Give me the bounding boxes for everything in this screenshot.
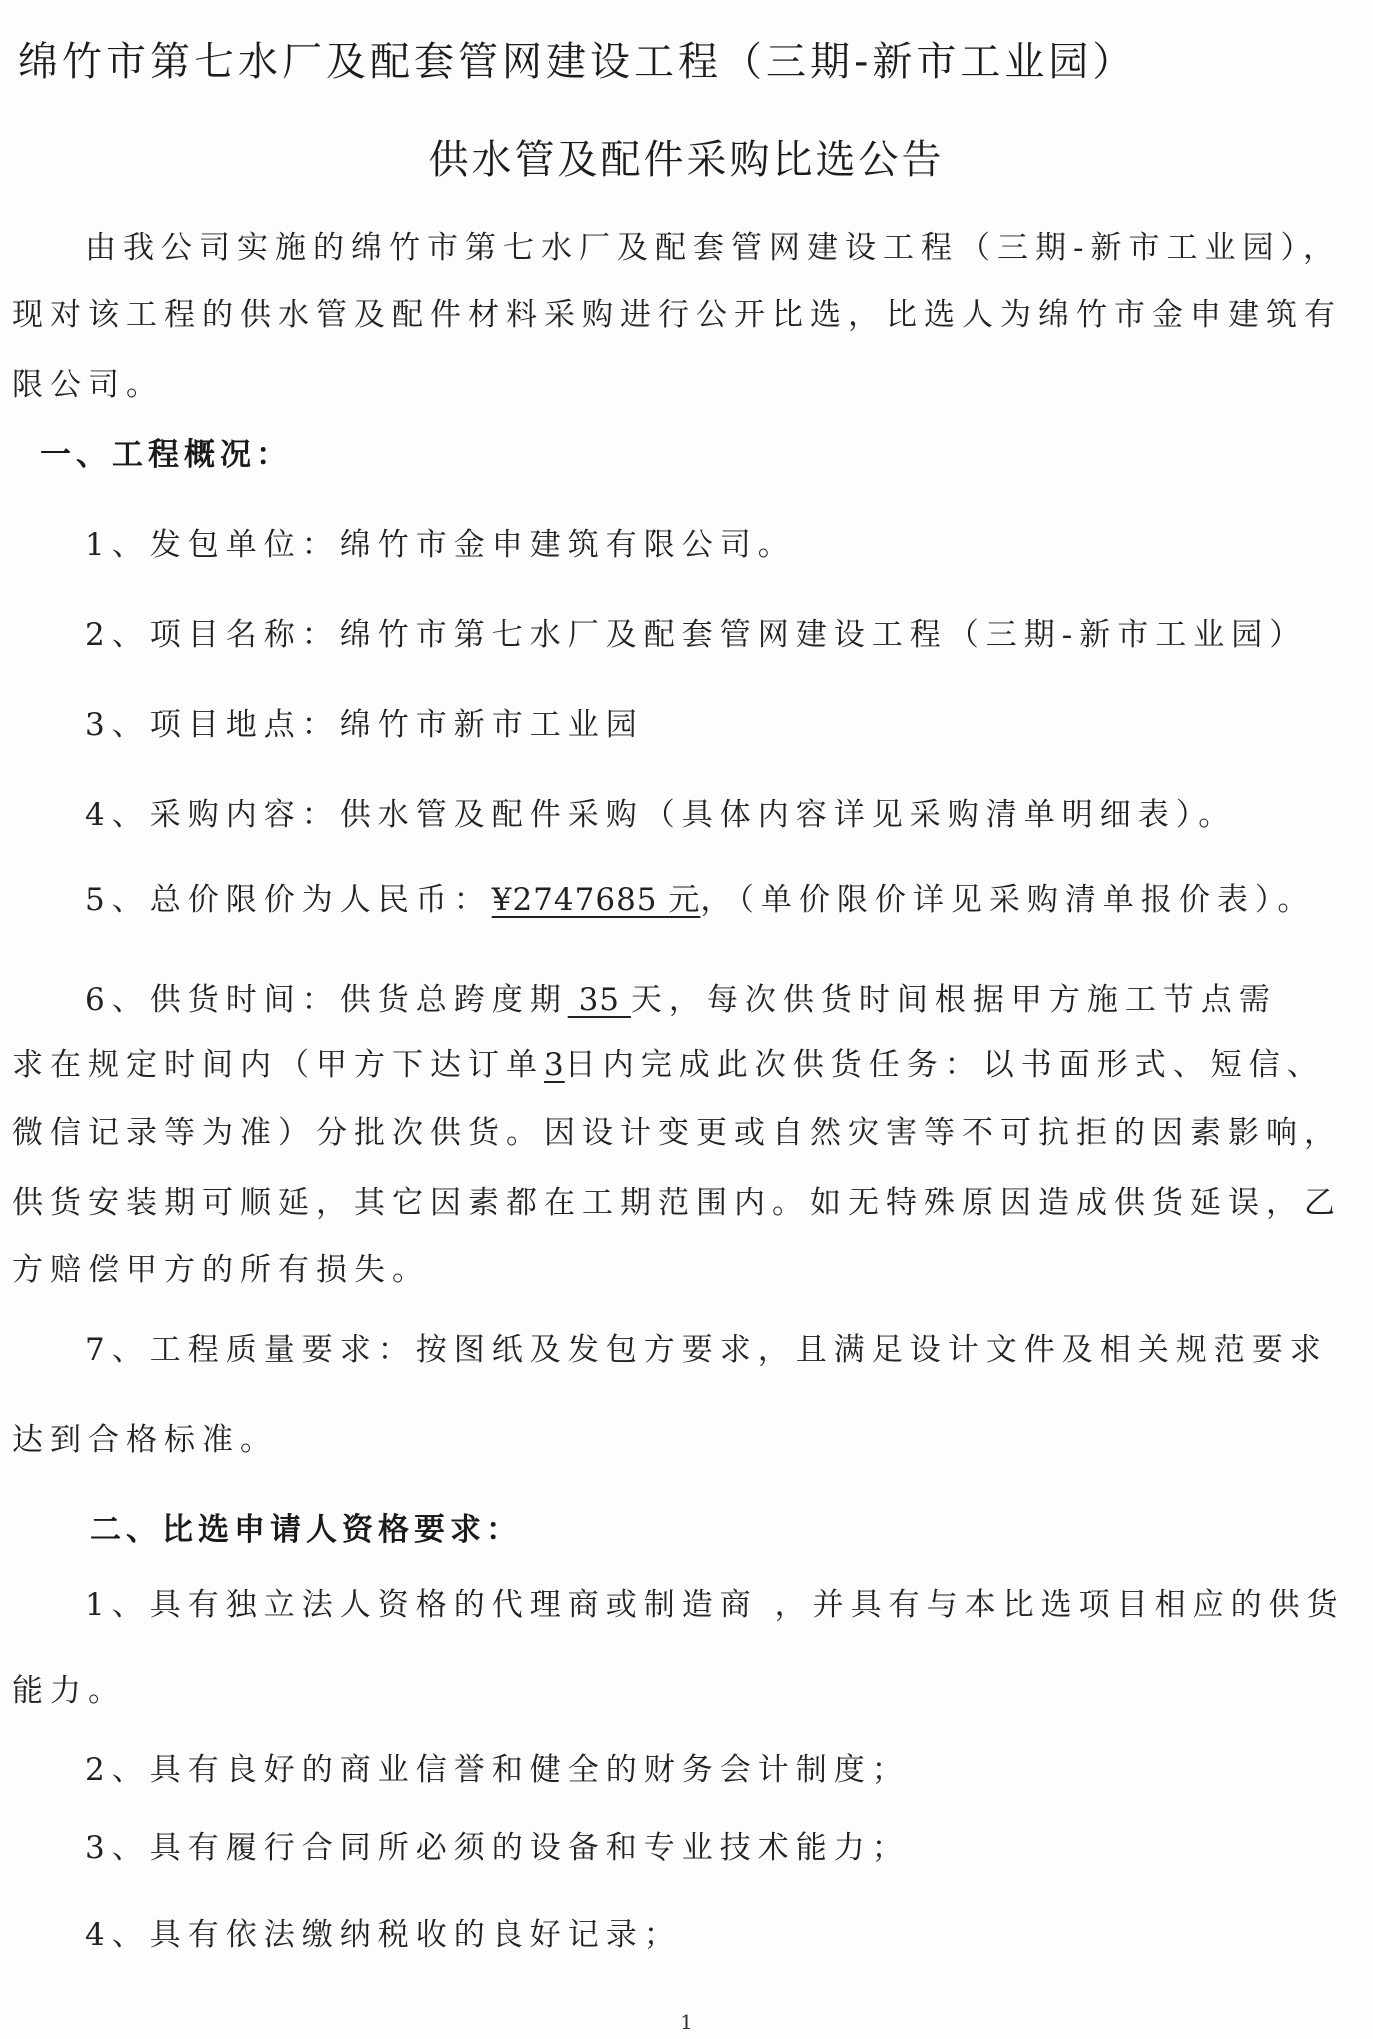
section-1-item-4: 4、采购内容：供水管及配件采购（具体内容详见采购清单明细表）。 (85, 800, 1236, 831)
item-6-mid: 天，每次供货时间根据甲方施工节点需 (631, 982, 1277, 1018)
document-title-line-2: 供水管及配件采购比选公告 (0, 128, 1373, 185)
section-2-item-3: 3、具有履行合同所必须的设备和专业技术能力； (85, 1833, 910, 1864)
document-title-line-1: 绵竹市第七水厂及配套管网建设工程（三期-新市工业园） (18, 30, 1373, 87)
section-2-item-1-line-1: 1、具有独立法人资格的代理商或制造商 ，并具有与本比选项目相应的供货 (85, 1590, 1345, 1621)
section-2-item-2: 2、具有良好的商业信誉和健全的财务会计制度； (85, 1755, 910, 1786)
section-2-heading: 二、比选申请人资格要求： (90, 1515, 522, 1546)
section-1-item-6-line-4: 供货安装期可顺延，其它因素都在工期范围内。如无特殊原因造成供货延误，乙 (12, 1188, 1342, 1219)
section-1-item-2: 2、项目名称：绵竹市第七水厂及配套管网建设工程（三期-新市工业园） (85, 620, 1307, 651)
section-1-item-6-line-1: 6、供货时间：供货总跨度期 35 天，每次供货时间根据甲方施工节点需 (85, 985, 1277, 1016)
item-6-line-2-prefix: 求在规定时间内（甲方下达订单 (12, 1047, 544, 1083)
item-6-prefix: 6、供货时间：供货总跨度期 (85, 982, 568, 1018)
section-1-item-3: 3、项目地点：绵竹市新市工业园 (85, 710, 644, 741)
intro-line-2: 现对该工程的供水管及配件材料采购进行公开比选，比选人为绵竹市金申建筑有 (12, 300, 1342, 331)
section-1-heading: 一、工程概况： (40, 440, 292, 471)
supply-period-days: 35 (568, 982, 631, 1018)
section-1-item-6-line-5: 方赔偿甲方的所有损失。 (12, 1255, 430, 1286)
intro-line-3: 限公司。 (12, 370, 164, 401)
item-5-suffix: ，（单价限价详见采购清单报价表）。 (700, 882, 1315, 918)
price-limit-amount: ¥2747685 元 (492, 882, 701, 918)
section-1-item-6-line-2: 求在规定时间内（甲方下达订单3日内完成此次供货任务：以书面形式、短信、 (12, 1050, 1325, 1081)
section-2-item-1-line-2: 能力。 (12, 1676, 126, 1707)
section-1-item-7-line-1: 7、工程质量要求：按图纸及发包方要求，且满足设计文件及相关规范要求 (85, 1335, 1328, 1366)
intro-line-1: 由我公司实施的绵竹市第七水厂及配套管网建设工程（三期-新市工业园）， (85, 233, 1341, 264)
section-1-item-6-line-3: 微信记录等为准）分批次供货。因设计变更或自然灾害等不可抗拒的因素影响， (12, 1118, 1342, 1149)
order-fulfillment-days: 3 (544, 1047, 565, 1083)
section-1-item-5: 5、总价限价为人民币：¥2747685 元，（单价限价详见采购清单报价表）。 (85, 885, 1315, 916)
item-6-line-2-suffix: 日内完成此次供货任务：以书面形式、短信、 (565, 1047, 1325, 1083)
item-5-prefix: 5、总价限价为人民币： (85, 882, 492, 918)
section-2-item-4: 4、具有依法缴纳税收的良好记录； (85, 1920, 682, 1951)
document-page: 绵竹市第七水厂及配套管网建设工程（三期-新市工业园） 供水管及配件采购比选公告 … (0, 0, 1373, 2039)
section-1-item-1: 1、发包单位：绵竹市金申建筑有限公司。 (85, 530, 796, 561)
page-number: 1 (0, 2010, 1373, 2034)
section-1-item-7-line-2: 达到合格标准。 (12, 1425, 278, 1456)
